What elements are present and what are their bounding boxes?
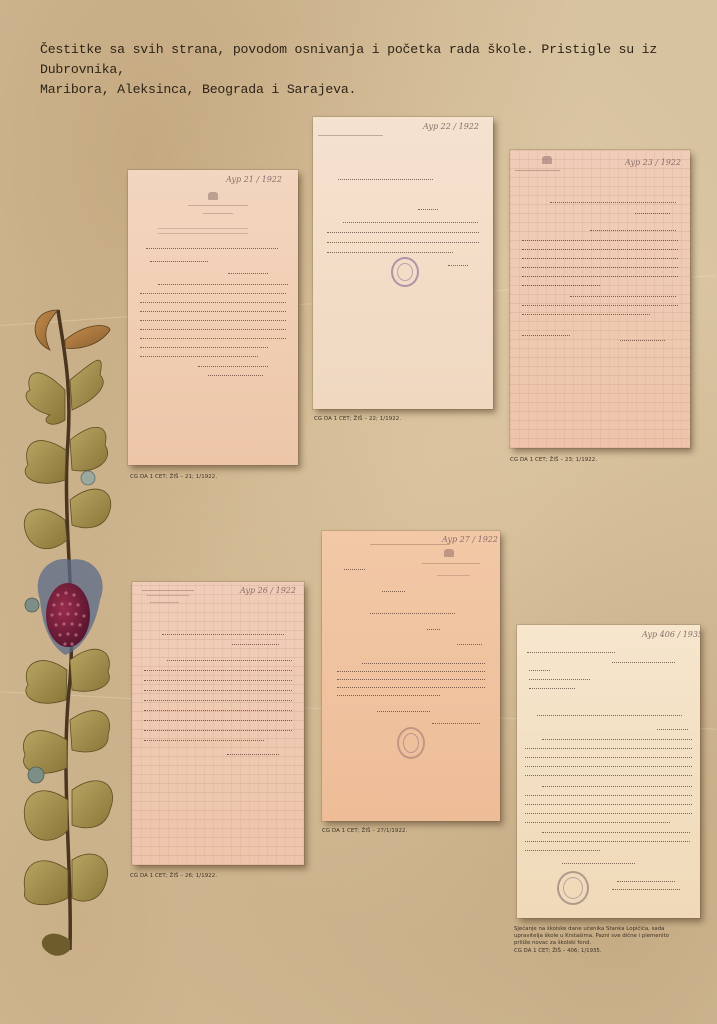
- signature: [208, 375, 263, 376]
- signature: [620, 340, 665, 341]
- handwriting-line: [590, 230, 676, 231]
- leaf-icon: [23, 731, 67, 774]
- leaf-icon: [24, 791, 68, 841]
- leaf-icon: [35, 310, 58, 350]
- official-seal-stamp: [391, 257, 419, 287]
- handwriting-line: [542, 832, 690, 833]
- leaf-icon: [72, 781, 113, 828]
- letterhead-line: [515, 170, 560, 171]
- handwriting-line: [338, 179, 433, 180]
- intro-text: Čestitke sa svih strana, povodom osnivan…: [40, 40, 700, 100]
- handwriting-line: [144, 740, 264, 741]
- signature: [432, 723, 480, 724]
- document-reference: Ayp 26 / 1922: [240, 586, 296, 595]
- leaf-icon: [70, 427, 108, 471]
- signature: [198, 366, 268, 367]
- handwriting-line: [327, 232, 479, 233]
- leaf-icon: [70, 711, 110, 752]
- handwriting-line: [343, 222, 478, 223]
- handwriting-line: [522, 276, 678, 277]
- botanical-vine-illustration: [10, 300, 130, 970]
- handwriting-line: [635, 213, 670, 214]
- handwriting-line: [525, 813, 692, 814]
- handwriting-line: [140, 356, 258, 357]
- handwriting-line: [144, 680, 292, 681]
- leaf-icon: [70, 649, 109, 691]
- handwriting-line: [144, 730, 292, 731]
- handwriting-line: [537, 715, 682, 716]
- document-27: Ayp 27 / 1922: [322, 531, 500, 821]
- handwriting-line: [522, 249, 678, 250]
- leaf-icon: [72, 854, 108, 901]
- handwriting-line: [140, 311, 286, 312]
- handwriting-line: [525, 850, 600, 851]
- letterhead-line: [318, 135, 383, 136]
- intro-line-1: Čestitke sa svih strana, povodom osnivan…: [40, 40, 700, 80]
- caption-line: priliže novac za školski fond.: [514, 940, 704, 947]
- handwriting-line: [337, 671, 485, 672]
- handwriting-line: [228, 273, 268, 274]
- document-23: Ayp 23 / 1922: [510, 150, 690, 448]
- handwriting-line: [525, 748, 692, 749]
- handwriting-line: [525, 757, 692, 758]
- signature: [448, 265, 468, 266]
- handwriting-line: [337, 687, 485, 688]
- handwriting-line: [162, 634, 284, 635]
- handwriting-line: [232, 644, 279, 645]
- letterhead-line: [370, 544, 450, 545]
- document-reference: Ayp 23 / 1922: [625, 158, 681, 167]
- handwriting-line: [382, 591, 405, 592]
- document-27-caption: CG DA 1 CET; ŽIŠ – 27/1/1922.: [322, 828, 407, 834]
- letterhead-line: [150, 602, 179, 603]
- leaf-icon: [70, 360, 103, 410]
- leaf-icon: [42, 934, 70, 956]
- document-reference: Ayp 406 / 1935: [642, 630, 700, 639]
- flower-icon: [28, 767, 44, 783]
- flower-icon: [81, 471, 95, 485]
- document-406: Ayp 406 / 1935: [517, 625, 700, 918]
- handwriting-line: [144, 710, 292, 711]
- letterhead-line: [422, 563, 480, 564]
- handwriting-line: [457, 644, 482, 645]
- signature: [227, 754, 279, 755]
- handwriting-line: [612, 662, 675, 663]
- crest-icon: [444, 549, 454, 557]
- official-seal-stamp: [557, 871, 589, 905]
- document-22: Ayp 22 / 1922: [313, 117, 493, 409]
- document-26-caption: CG DA 1 CET; ŽIŠ – 26; 1/1922.: [130, 873, 217, 879]
- letterhead-line: [142, 590, 194, 591]
- leaf-icon: [25, 441, 66, 484]
- caption-line: CG DA 1 CET; ŽIŠ – 406; 1/1935.: [514, 948, 704, 955]
- handwriting-line: [327, 252, 453, 253]
- handwriting-line: [525, 795, 692, 796]
- letterhead-line: [146, 595, 189, 596]
- handwriting-line: [525, 804, 692, 805]
- handwriting-line: [542, 739, 692, 740]
- leaf-icon: [70, 489, 111, 528]
- handwriting-line: [527, 652, 615, 653]
- handwriting-line: [337, 695, 440, 696]
- handwriting-line: [158, 284, 288, 285]
- document-26: Ayp 26 / 1922: [132, 582, 304, 865]
- handwriting-line: [550, 202, 676, 203]
- handwriting-line: [140, 329, 286, 330]
- handwriting-line: [525, 822, 670, 823]
- handwriting-line: [542, 786, 692, 787]
- handwriting-line: [167, 660, 292, 661]
- crest-icon: [208, 192, 218, 200]
- handwriting-line: [327, 242, 479, 243]
- flower-icon: [25, 598, 39, 612]
- crest-icon: [542, 156, 552, 164]
- handwriting-line: [140, 293, 286, 294]
- handwriting-line: [146, 248, 278, 249]
- handwriting-line: [525, 841, 690, 842]
- handwriting-line: [522, 258, 678, 259]
- handwriting-line: [522, 285, 600, 286]
- handwriting-line: [529, 679, 590, 680]
- handwriting-line: [140, 338, 286, 339]
- handwriting-line: [525, 766, 692, 767]
- handwriting-line: [525, 775, 692, 776]
- handwriting-line: [144, 700, 292, 701]
- date-line: [377, 711, 430, 712]
- leaf-icon: [24, 509, 67, 549]
- handwriting-line: [362, 663, 485, 664]
- handwriting-line: [529, 688, 575, 689]
- handwriting-line: [522, 305, 678, 306]
- intro-line-2: Maribora, Aleksinca, Beograda i Sarajeva…: [40, 80, 700, 100]
- handwriting-line: [140, 320, 286, 321]
- handwriting-line: [570, 296, 676, 297]
- handwriting-line: [522, 240, 678, 241]
- stamp-line: [158, 233, 248, 234]
- handwriting-line: [657, 729, 688, 730]
- leaf-icon: [26, 661, 67, 704]
- handwriting-line: [337, 679, 485, 680]
- handwriting-line: [144, 720, 292, 721]
- document-22-caption: CG DA 1 CET; ŽIŠ – 22; 1/1922.: [314, 416, 401, 422]
- letterhead-line: [188, 205, 248, 206]
- handwriting-line: [522, 267, 678, 268]
- signature: [612, 889, 680, 890]
- leaf-icon: [65, 326, 110, 349]
- stamp-line: [158, 228, 248, 229]
- handwriting-line: [427, 629, 440, 630]
- handwriting-line: [150, 261, 208, 262]
- handwriting-line: [140, 347, 268, 348]
- document-21-caption: CG DA 1 CET; ŽIŠ – 21; 1/1922.: [130, 474, 217, 480]
- handwriting-line: [144, 670, 292, 671]
- document-406-caption: Sjećanje na školske dane učenika Stanka …: [514, 926, 704, 955]
- letterhead-line: [437, 575, 470, 576]
- letterhead-line: [203, 213, 233, 214]
- document-reference: Ayp 21 / 1922: [226, 175, 282, 184]
- handwriting-line: [140, 302, 286, 303]
- signature: [617, 881, 675, 882]
- handwriting-line: [344, 569, 365, 570]
- date-line: [522, 335, 570, 336]
- handwriting-line: [562, 863, 635, 864]
- leaf-icon: [24, 861, 68, 905]
- document-reference: Ayp 22 / 1922: [423, 122, 479, 131]
- handwriting-line: [418, 209, 438, 210]
- document-reference: Ayp 27 / 1922: [442, 535, 498, 544]
- handwriting-line: [529, 670, 550, 671]
- document-23-caption: CG DA 1 CET; ŽIŠ – 23; 1/1922.: [510, 457, 597, 463]
- document-21: Ayp 21 / 1922: [128, 170, 298, 465]
- handwriting-line: [370, 613, 455, 614]
- handwriting-line: [144, 690, 292, 691]
- official-seal-stamp: [397, 727, 425, 759]
- leaf-icon: [26, 373, 65, 425]
- handwriting-line: [522, 314, 650, 315]
